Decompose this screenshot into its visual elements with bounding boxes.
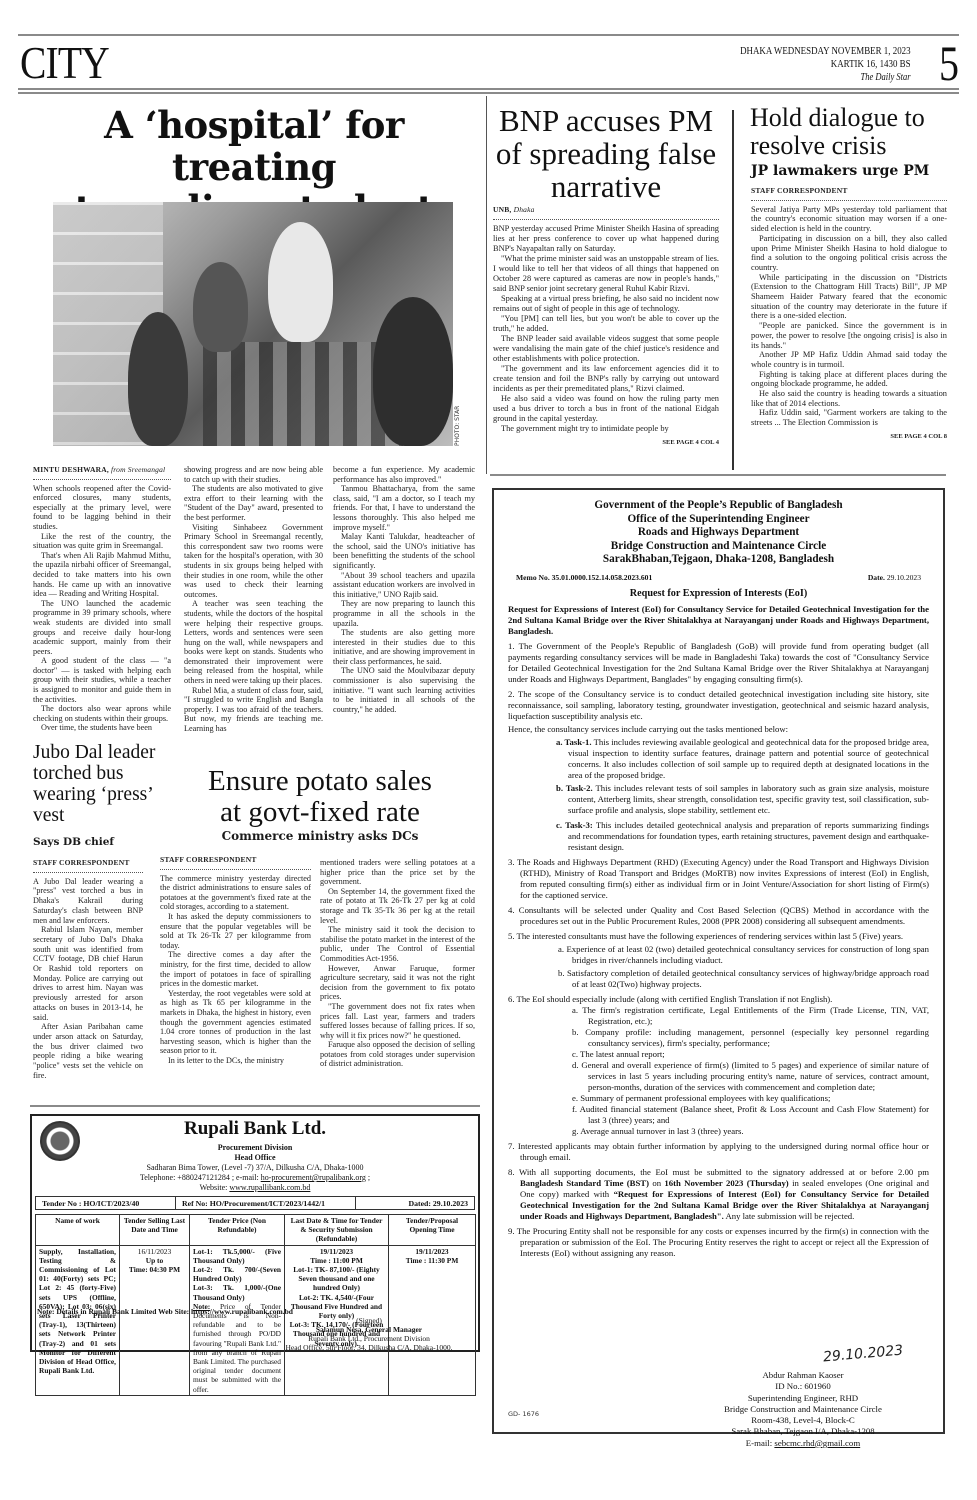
eoi-clause-4: 4. Consultants will be selected under Qu… [508, 905, 929, 927]
paragraph: showing progress and are now being able … [184, 465, 323, 484]
eoi-title: Request for Expression of Interests (EoI… [508, 588, 929, 599]
column-header: Tender/Proposal Opening Time [389, 1215, 476, 1246]
paragraph: They are now preparing to launch this pr… [333, 599, 475, 628]
handwritten-signature-date: 29.10.2023 [822, 1343, 903, 1366]
headline-line: at govt-fixed rate [160, 797, 480, 828]
jump-link-jp[interactable]: SEE PAGE 4 COL 8 [751, 432, 947, 442]
paragraph: Rubel Mia, a student of class four, said… [184, 686, 323, 734]
column-header: Tender Price (Non Refundable) [190, 1215, 285, 1246]
hospital-col-2: showing progress and are now being able … [184, 465, 323, 734]
eoi-memo-line: Memo No. 35.01.0000.152.14.058.2023.601 … [508, 573, 929, 582]
eoi-task: c. Task-3: This includes detailed geotec… [508, 820, 929, 853]
eoi-lead: Request for Expressions of Interest (EoI… [508, 604, 929, 637]
paragraph: A good student of the class — "a doctor"… [33, 656, 171, 704]
paragraph: The commerce ministry yesterday directed… [160, 874, 311, 912]
byline: MINTU DESHWARA, from Sreemangal [33, 465, 171, 480]
rhd-eoi-ad: Government of the People’s Republic of B… [492, 488, 945, 1434]
paragraph: Tanmou Bhattacharya, from the same class… [333, 484, 475, 532]
paragraph: mentioned traders were selling potatoes … [320, 858, 475, 887]
masthead-top-rule-full [18, 34, 959, 36]
eoi-clause-5-item: b. Satisfactory completion of detailed g… [508, 968, 929, 990]
eoi-clause-6-item: a. The firm's registration certificate, … [508, 1005, 929, 1027]
paragraph: Visiting Sinhabeez Government Primary Sc… [184, 523, 323, 600]
dateline: DHAKA WEDNESDAY NOVEMBER 1, 2023 KARTIK … [741, 45, 911, 84]
eoi-clause-9: 9. The Procuring Entity shall not be res… [508, 1226, 929, 1259]
paragraph: Like the rest of the country, the situat… [33, 532, 171, 551]
paragraph: Speaking at a virtual press briefing, he… [493, 294, 719, 314]
bangla-date: KARTIK 16, 1430 BS [741, 58, 911, 71]
paragraph: The ministry said it took the decision t… [320, 925, 475, 963]
column-header: Name of work [36, 1215, 120, 1246]
eoi-clause-6-item: c. The latest annual report; [508, 1049, 929, 1060]
rupali-bank-tender-ad: Rupali Bank Ltd. Procurement Division He… [30, 1114, 480, 1352]
paragraph: The students are also getting more inter… [333, 628, 475, 666]
photo-figure [128, 312, 188, 446]
paragraph: Several Jatiya Party MPs yesterday told … [751, 205, 947, 234]
paragraph: When schools reopened after the Covid-en… [33, 484, 171, 532]
paragraph: BNP yesterday accused Prime Minister She… [493, 224, 719, 254]
paragraph: "The government does not fix rates when … [320, 1002, 475, 1040]
section-rule [30, 1105, 480, 1107]
subhead-jp: JP lawmakers urge PM [751, 163, 929, 179]
eoi-clause-6-item: e. Summary of permanent professional emp… [508, 1093, 929, 1104]
ad-address: Sadharan Bima Tower, (Level -7) 37/A, Di… [32, 1163, 478, 1173]
photo-figure [373, 297, 453, 446]
paragraph: "What the prime minister said was an uns… [493, 254, 719, 294]
column-divider [486, 96, 487, 474]
byline: STAFF CORRESPONDENT [33, 858, 143, 873]
paragraph: Malay Kanti Talukdar, headteacher of the… [333, 532, 475, 570]
eoi-clause-6-item: f. Audited financial statement (Balance … [508, 1104, 929, 1126]
paragraph: That's when Ali Rajib Mahmud Mithu, the … [33, 551, 171, 599]
paragraph: The government might try to intimidate p… [493, 424, 719, 434]
ad-note: Note: Details in Rupali Bank Limited Web… [37, 1307, 293, 1316]
section-title: CITY [20, 40, 109, 86]
section-rule [490, 474, 946, 476]
eoi-clause-5: 5. The interested consultants must have … [508, 931, 929, 942]
paragraph: In its letter to the DCs, the ministry [160, 1056, 311, 1066]
headline-bnp[interactable]: BNP accuses PM of spreading false narrat… [492, 104, 720, 203]
eoi-email-link[interactable]: sebcmc.rhd@gmail.com [774, 1438, 860, 1448]
paragraph: Participating in discussion on a bill, t… [751, 234, 947, 273]
paragraph: The students are also motivated to give … [184, 484, 323, 522]
page-number: 5 [939, 40, 959, 86]
eoi-clause-5-item: a. Experience of at least 02 (two) detai… [508, 944, 929, 966]
students-photo [53, 202, 453, 446]
paragraph: become a fun experience. My academic per… [333, 465, 475, 484]
paragraph: "About 39 school teachers and upazila as… [333, 571, 475, 600]
eoi-clause-6: 6. The EoI should especially include (al… [508, 994, 929, 1005]
photo-figure [193, 262, 248, 352]
paragraph: Yesterday, the root vegetables were sold… [160, 989, 311, 1056]
eoi-signer-block: Abdur Rahman Kaoser ID No.: 601960 Super… [703, 1370, 903, 1449]
paragraph: "People are panicked. Since the governme… [751, 321, 947, 350]
paragraph: The UNO said the Moulvibazar deputy comm… [333, 666, 475, 714]
paragraph: A Jubo Dal leader wearing a "press" vest… [33, 877, 143, 926]
headline-line: A ‘hospital’ for treating [28, 104, 480, 188]
eoi-clause-6-item: g. Average annual turnover in last 3 (th… [508, 1126, 929, 1137]
paragraph: The directive comes a day after the mini… [160, 950, 311, 988]
jubo-story-body: STAFF CORRESPONDENT A Jubo Dal leader we… [33, 858, 143, 1080]
photo-credit: PHOTO: STAR [454, 406, 461, 446]
brand-logo: The Daily Star [741, 71, 911, 84]
eoi-task: b. Task-2. This includes relevant tests … [508, 783, 929, 816]
hospital-col-3: become a fun experience. My academic per… [333, 465, 475, 714]
ad-website: Website: www.rupallibank.com.bd [32, 1183, 478, 1193]
ad-office: Head Office [32, 1153, 478, 1163]
headline-line: Ensure potato sales [160, 766, 480, 797]
headline-jp[interactable]: Hold dialogue to resolve crisis [750, 104, 965, 160]
eoi-clause-2: 2. The scope of the Consultancy service … [508, 689, 929, 722]
eoi-clause-7: 7. Interested applicants may obtain furt… [508, 1141, 929, 1163]
ad-signature-block: (Signed) Salamun Nesa, General Manager R… [264, 1316, 474, 1352]
paragraph: Hafiz Uddin said, "Garment workers are t… [751, 408, 947, 427]
paragraph: A teacher was seen teaching the students… [184, 599, 323, 685]
headline-potato[interactable]: Ensure potato sales at govt-fixed rate [160, 766, 480, 828]
subhead-potato: Commerce ministry asks DCs [160, 829, 480, 843]
eoi-clause-6-item: d. General and overall experience of fir… [508, 1060, 929, 1093]
memo-number: Memo No. 35.01.0000.152.14.058.2023.601 [516, 573, 652, 582]
column-header: Tender Selling Last Date and Time [120, 1215, 190, 1246]
ref-no: Ref No: HO/Procurement/ICT/2023/1442/1 [176, 1197, 356, 1209]
ad-title: Rupali Bank Ltd. [32, 1118, 478, 1140]
paragraph: Rabiul Islam Nayan, member secretary of … [33, 925, 143, 1022]
tender-table: Name of work Tender Selling Last Date an… [35, 1214, 476, 1396]
paragraph: Another JP MP Hafiz Uddin Ahmad said tod… [751, 350, 947, 369]
paragraph: Fighting is taking place at different pl… [751, 370, 947, 389]
paragraph: While participating in the discussion on… [751, 273, 947, 322]
paragraph: The doctors also wear aprons while check… [33, 704, 171, 723]
byline: STAFF CORRESPONDENT [160, 855, 311, 870]
paragraph: After Asian Paribahan came under arson a… [33, 1022, 143, 1080]
masthead-bottom-rules [18, 88, 959, 94]
email-link[interactable]: ho-procurement@rupalibank.org [261, 1173, 366, 1182]
paragraph: It has asked the deputy commissioners to… [160, 912, 311, 950]
tender-date: Dated: 29.10.2023 [356, 1197, 474, 1209]
column-divider [732, 110, 734, 470]
jump-link-bnp[interactable]: SEE PAGE 4 COL 4 [493, 438, 719, 448]
eoi-clause-8: 8. With all supporting documents, the Eo… [508, 1167, 929, 1222]
paragraph: "The government and its law enforcement … [493, 364, 719, 394]
subhead-jubo-dal: Says DB chief [33, 836, 114, 848]
memo-date: Date. 29.10.2023 [868, 573, 921, 582]
eoi-clause-3: 3. The Roads and Highways Department (RH… [508, 857, 929, 901]
paragraph: Faruque also opposed the decision of sel… [320, 1040, 475, 1069]
eoi-task: a. Task-1. This includes reviewing avail… [508, 737, 929, 781]
date-text: DHAKA WEDNESDAY NOVEMBER 1, 2023 [741, 45, 911, 58]
paragraph: Over time, the students have been [33, 723, 171, 733]
name-of-work-cell: Supply, Installation, Testing & Commissi… [36, 1245, 120, 1395]
ad-contact: Telephone: +880247121284 ; e-mail: ho-pr… [32, 1173, 478, 1183]
paragraph: The BNP leader said available videos sug… [493, 334, 719, 364]
eoi-clause-6-item: b. Company profile: including management… [508, 1027, 929, 1049]
paragraph: However, Anwar Faruque, former agricultu… [320, 964, 475, 1002]
eoi-clause-1: 1. The Government of the People's Republ… [508, 641, 929, 685]
paragraph: On September 14, the government fixed th… [320, 887, 475, 925]
potato-col-1: STAFF CORRESPONDENT The commerce ministr… [160, 855, 311, 1065]
tender-no: Tender No : HO/ICT/2023/40 [36, 1197, 176, 1209]
paragraph: He also said the country is heading towa… [751, 389, 947, 408]
paragraph: "You [PM] can tell lies, but you won't b… [493, 314, 719, 334]
website-link[interactable]: www.rupallibank.com.bd [229, 1183, 310, 1192]
paragraph: The UNO launched the academic programme … [33, 599, 171, 657]
byline: STAFF CORRESPONDENT [751, 186, 947, 201]
column-header: Last Date & Time for Tender & Security S… [285, 1215, 389, 1246]
tender-info-bar: Tender No : HO/ICT/2023/40 Ref No: HO/Pr… [35, 1196, 475, 1210]
headline-jubo-dal[interactable]: Jubo Dal leader torched bus wearing ‘pre… [33, 742, 163, 826]
photo-figure [268, 222, 333, 342]
selling-date-cell: 16/11/2023 Up to Time: 04:30 PM [120, 1245, 190, 1395]
eoi-clause-2b: Hence, the consultancy services include … [508, 724, 929, 735]
potato-col-2: mentioned traders were selling potatoes … [320, 858, 475, 1069]
ad-division: Procurement Division [32, 1143, 478, 1153]
bnp-story-body: UNB, Dhaka BNP yesterday accused Prime M… [493, 205, 719, 448]
byline: UNB, Dhaka [493, 205, 719, 220]
jp-story-body: STAFF CORRESPONDENT Several Jatiya Party… [751, 186, 947, 442]
hospital-col-1: MINTU DESHWARA, from Sreemangal When sch… [33, 465, 171, 733]
eoi-header: Government of the People’s Republic of B… [508, 499, 929, 567]
gd-code: GD- 1676 [508, 1410, 539, 1418]
paragraph: He also said a video was found on how th… [493, 394, 719, 424]
